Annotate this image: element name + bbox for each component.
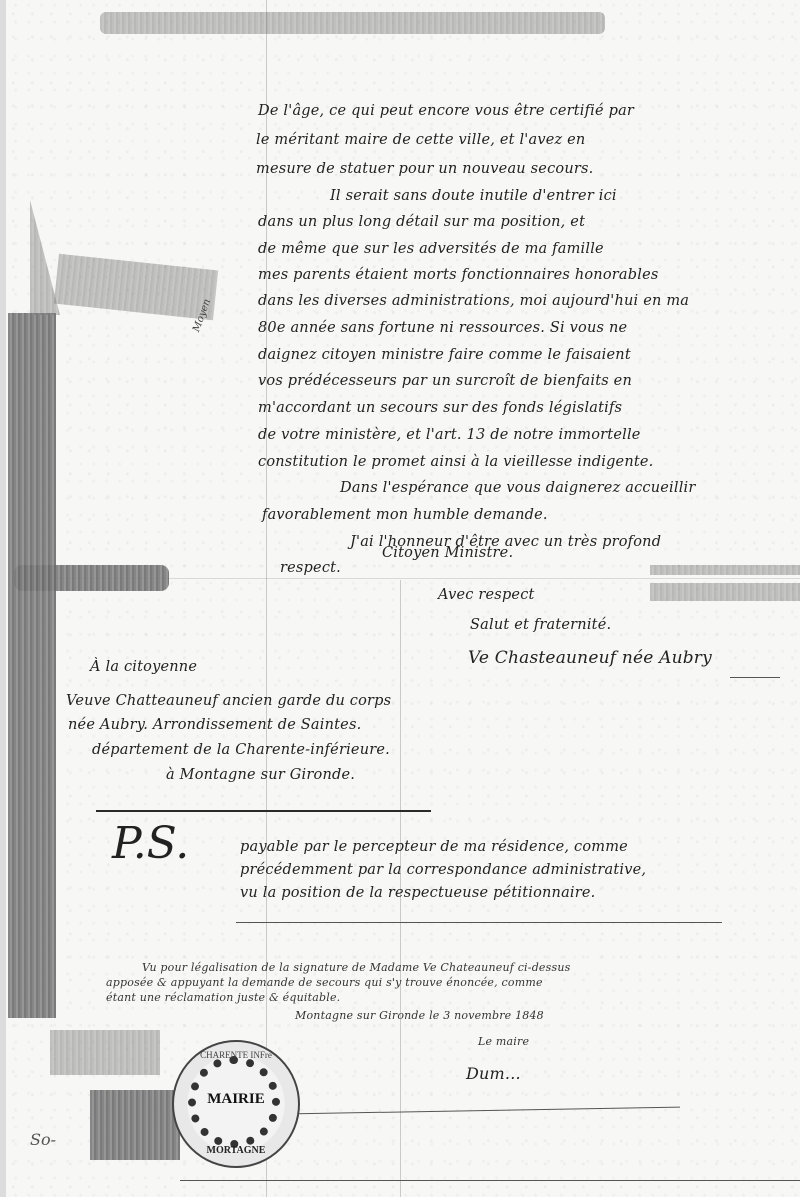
letter-line: vos prédécesseurs par un surcroît de bie… bbox=[258, 374, 632, 389]
address-line: Veuve Chatteauneuf ancien garde du corps bbox=[66, 694, 391, 709]
address-line: née Aubry. Arrondissement de Saintes. bbox=[68, 718, 361, 733]
separator-rule bbox=[96, 810, 431, 812]
tape-strip-left bbox=[8, 313, 56, 1018]
fold-line-vertical bbox=[266, 0, 267, 1197]
letter-line: dans un plus long détail sur ma position… bbox=[258, 215, 585, 230]
letter-line: Il serait sans doute inutile d'entrer ic… bbox=[330, 189, 617, 204]
address-line: département de la Charente-inférieure. bbox=[92, 743, 390, 758]
tape-strip-right-1 bbox=[650, 565, 800, 575]
page-left-edge bbox=[0, 0, 6, 1197]
letter-line: De l'âge, ce qui peut encore vous être c… bbox=[258, 104, 634, 119]
letter-line: respect. bbox=[280, 561, 341, 576]
scanned-letter-page: Moyen De l'âge, ce qui peut encore vous … bbox=[0, 0, 800, 1197]
mairie-stamp: CHARENTE INFre MAIRIE MORTAGNE bbox=[172, 1040, 300, 1168]
place-date: Montagne sur Gironde le 3 novembre 1848 bbox=[295, 1010, 544, 1021]
legalization-line: apposée & appuyant la demande de secours… bbox=[106, 977, 543, 988]
letter-line: mes parents étaient morts fonctionnaires… bbox=[258, 268, 659, 283]
signature-flourish bbox=[290, 1107, 680, 1115]
separator-rule-2 bbox=[236, 922, 722, 923]
letter-line: de même que sur les adversités de ma fam… bbox=[258, 242, 604, 257]
postscript-line: payable par le percepteur de ma résidenc… bbox=[240, 840, 628, 855]
margin-mark: So- bbox=[30, 1130, 56, 1149]
legalization-line: Vu pour légalisation de la signature de … bbox=[142, 962, 570, 973]
letter-line: daignez citoyen ministre faire comme le … bbox=[258, 348, 631, 363]
address-line: à Montagne sur Gironde. bbox=[166, 768, 355, 783]
letter-line: de votre ministère, et l'art. 13 de notr… bbox=[258, 428, 641, 443]
stamp-bottom-text: MORTAGNE bbox=[174, 1145, 298, 1156]
legalization-line: étant une réclamation juste & équitable. bbox=[106, 992, 340, 1003]
mayor-signature: Dum... bbox=[466, 1066, 521, 1082]
closing-line: Salut et fraternité. bbox=[470, 618, 611, 633]
tape-strip-bottom-1 bbox=[50, 1030, 160, 1075]
page-bottom-edge bbox=[180, 1180, 800, 1181]
letter-line: favorablement mon humble demande. bbox=[262, 508, 548, 523]
stamp-center-text: MAIRIE bbox=[174, 1091, 298, 1108]
tape-strip-diagonal bbox=[54, 254, 218, 320]
stamp-top-text: CHARENTE INFre bbox=[182, 1050, 290, 1060]
tape-strip-mid bbox=[14, 565, 169, 591]
mayor-title: Le maire bbox=[478, 1036, 529, 1047]
closing-line: Avec respect bbox=[438, 588, 535, 603]
letter-line: mesure de statuer pour un nouveau secour… bbox=[256, 162, 593, 177]
postscript-line: vu la position de la respectueuse pétiti… bbox=[240, 886, 595, 901]
signature: Ve Chasteauneuf née Aubry bbox=[468, 650, 712, 667]
salutation: Citoyen Ministre. bbox=[382, 546, 513, 561]
tape-strip-right-2 bbox=[650, 583, 800, 601]
letter-line: le méritant maire de cette ville, et l'a… bbox=[256, 133, 585, 148]
tape-strip-top bbox=[100, 12, 605, 34]
address-line: À la citoyenne bbox=[90, 660, 197, 675]
postscript-line: précédemment par la correspondance admin… bbox=[240, 863, 646, 878]
letter-line: 80e année sans fortune ni ressources. Si… bbox=[258, 321, 627, 336]
letter-line: constitution le promet ainsi à la vieill… bbox=[258, 455, 653, 470]
tape-strip-bottom-2 bbox=[90, 1090, 180, 1160]
letter-line: Dans l'espérance que vous daignerez accu… bbox=[340, 481, 696, 496]
letter-line: dans les diverses administrations, moi a… bbox=[258, 294, 689, 309]
signature-underline bbox=[730, 677, 780, 678]
letter-line: m'accordant un secours sur des fonds lég… bbox=[258, 401, 622, 416]
postscript-mark: P.S. bbox=[112, 818, 189, 869]
